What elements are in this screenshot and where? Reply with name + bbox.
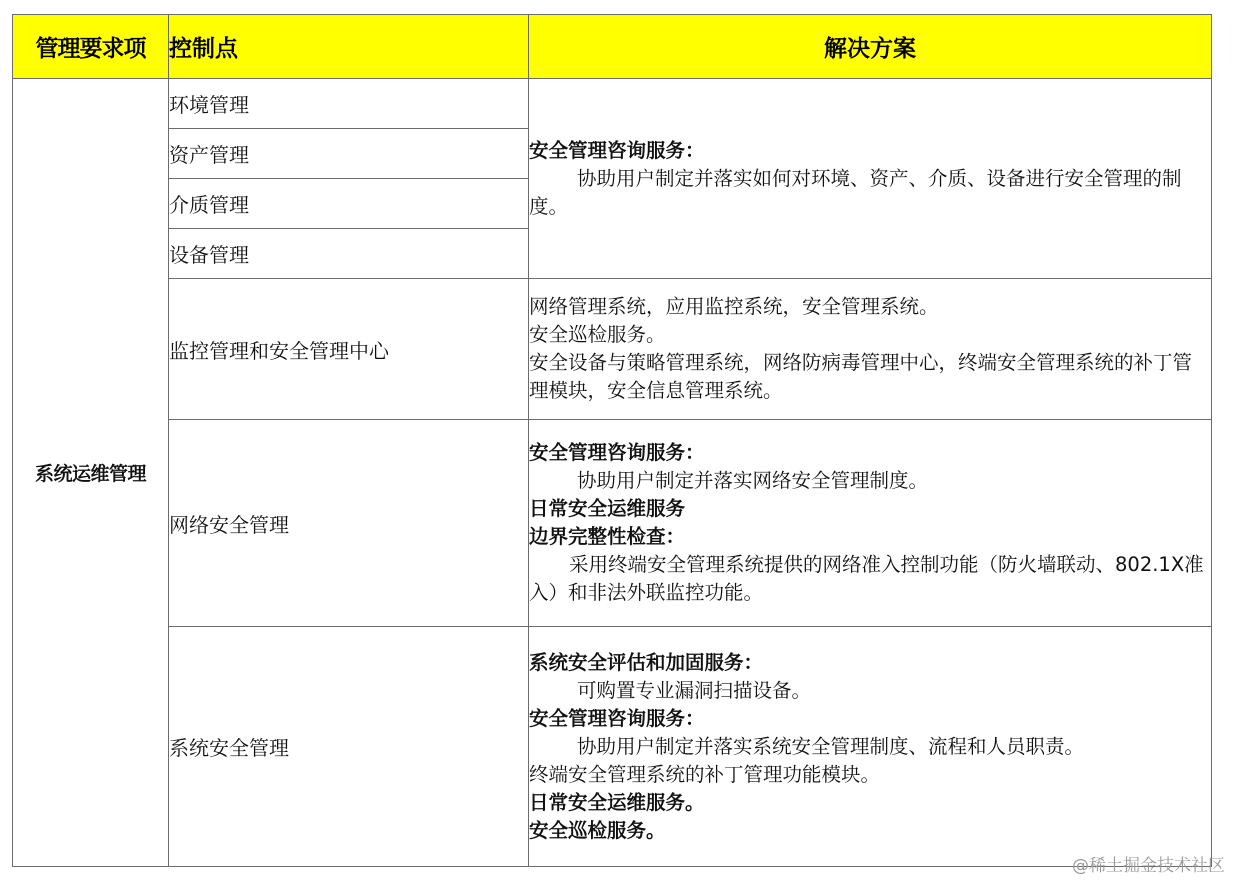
solution-title: 系统安全评估和加固服务：	[529, 649, 1211, 677]
solution-cell: 网络管理系统，应用监控系统，安全管理系统。 安全巡检服务。 安全设备与策略管理系…	[529, 279, 1212, 420]
requirements-table: 管理要求项 控制点 解决方案 系统运维管理 环境管理 安全管理咨询服务： 协助用…	[12, 14, 1212, 867]
solution-text: 协助用户制定并落实系统安全管理制度、流程和人员职责。	[529, 733, 1211, 761]
header-row: 管理要求项 控制点 解决方案	[13, 15, 1212, 79]
solution-text: 网络管理系统，应用监控系统，安全管理系统。	[529, 293, 1211, 321]
solution-text: 终端安全管理系统的补丁管理功能模块。	[529, 761, 1211, 789]
header-solution: 解决方案	[529, 15, 1212, 79]
control-cell: 监控管理和安全管理中心	[169, 279, 529, 420]
solution-cell: 安全管理咨询服务： 协助用户制定并落实如何对环境、资产、介质、设备进行安全管理的…	[529, 79, 1212, 279]
solution-text: 协助用户制定并落实如何对环境、资产、介质、设备进行安全管理的制度。	[529, 165, 1211, 221]
table-row: 系统安全管理 系统安全评估和加固服务： 可购置专业漏洞扫描设备。 安全管理咨询服…	[13, 627, 1212, 867]
header-control-point: 控制点	[169, 15, 529, 79]
table-row: 网络安全管理 安全管理咨询服务： 协助用户制定并落实网络安全管理制度。 日常安全…	[13, 420, 1212, 627]
solution-title: 安全巡检服务。	[529, 817, 1211, 845]
table-row: 监控管理和安全管理中心 网络管理系统，应用监控系统，安全管理系统。 安全巡检服务…	[13, 279, 1212, 420]
control-cell: 资产管理	[169, 129, 529, 179]
control-cell: 系统安全管理	[169, 627, 529, 867]
control-cell: 网络安全管理	[169, 420, 529, 627]
table-row: 系统运维管理 环境管理 安全管理咨询服务： 协助用户制定并落实如何对环境、资产、…	[13, 79, 1212, 129]
requirement-cell: 系统运维管理	[13, 79, 169, 867]
solution-text: 可购置专业漏洞扫描设备。	[529, 677, 1211, 705]
solution-title: 安全管理咨询服务：	[529, 705, 1211, 733]
solution-title: 日常安全运维服务	[529, 495, 1211, 523]
solution-text: 协助用户制定并落实网络安全管理制度。	[529, 467, 1211, 495]
solution-cell: 安全管理咨询服务： 协助用户制定并落实网络安全管理制度。 日常安全运维服务 边界…	[529, 420, 1212, 627]
watermark: @稀土掘金技术社区	[1072, 851, 1225, 876]
solution-title: 安全管理咨询服务：	[529, 137, 1211, 165]
control-cell: 介质管理	[169, 179, 529, 229]
solution-title: 边界完整性检查：	[529, 523, 1211, 551]
control-cell: 环境管理	[169, 79, 529, 129]
solution-text: 安全巡检服务。	[529, 321, 1211, 349]
solution-title: 日常安全运维服务。	[529, 789, 1211, 817]
solution-title: 安全管理咨询服务：	[529, 439, 1211, 467]
solution-cell: 系统安全评估和加固服务： 可购置专业漏洞扫描设备。 安全管理咨询服务： 协助用户…	[529, 627, 1212, 867]
control-cell: 设备管理	[169, 229, 529, 279]
solution-text: 采用终端安全管理系统提供的网络准入控制功能（防火墙联动、802.1X准入）和非法…	[529, 551, 1211, 607]
solution-text: 安全设备与策略管理系统，网络防病毒管理中心，终端安全管理系统的补丁管理模块，安全…	[529, 349, 1211, 405]
header-requirement: 管理要求项	[13, 15, 169, 79]
